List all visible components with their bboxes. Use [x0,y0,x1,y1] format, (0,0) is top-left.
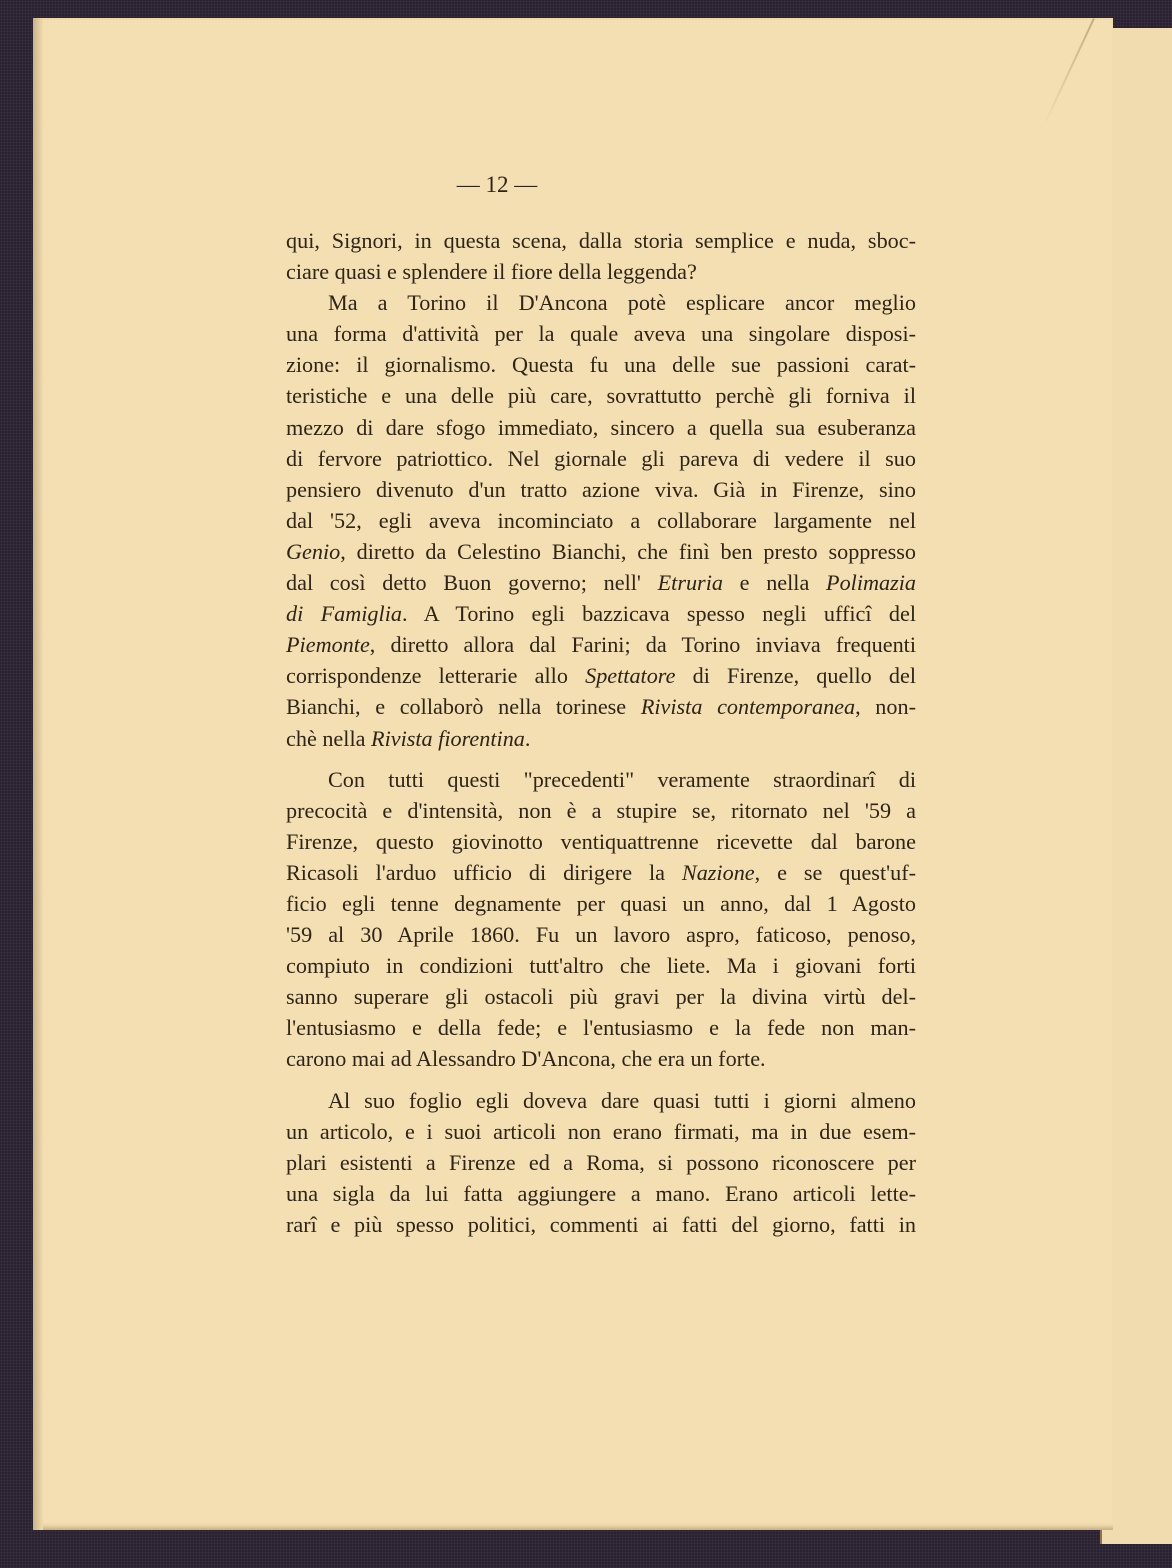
italic-title: Rivista fiorentina [371,726,525,751]
text-line: rarî e più spesso politici, commenti ai … [286,1209,916,1240]
text-line: Al suo foglio egli doveva dare quasi tut… [286,1085,916,1116]
text-line: sanno superare gli ostacoli più gravi pe… [286,981,916,1012]
italic-title: Genio [286,539,340,564]
paragraph-3: Con tutti questi "precedenti" veramente … [286,764,916,1075]
text-line: ficio egli tenne degnamente per quasi un… [286,888,916,919]
page-number: — 12 — [0,172,1083,198]
body-text: qui, Signori, in questa scena, dalla sto… [286,225,916,1240]
italic-title: Etruria [658,570,723,595]
text-line: dal così detto Buon governo; nell' Etrur… [286,567,916,598]
text-line: Ricasoli l'arduo ufficio di dirigere la … [286,857,916,888]
text-line: teristiche e una delle più care, sovratt… [286,380,916,411]
text-line: carono mai ad Alessandro D'Ancona, che e… [286,1043,916,1074]
italic-title: Spettatore [585,663,675,688]
text-line: qui, Signori, in questa scena, dalla sto… [286,225,916,256]
text-line: una forma d'attività per la quale aveva … [286,318,916,349]
paragraph-4: Al suo foglio egli doveva dare quasi tut… [286,1085,916,1240]
text-line: zione: il giornalismo. Questa fu una del… [286,349,916,380]
text-line: Piemonte, diretto allora dal Farini; da … [286,629,916,660]
italic-title: Rivista contemporanea [641,694,855,719]
text-line: ciare quasi e splendere il fiore della l… [286,256,916,287]
text-line: Con tutti questi "precedenti" veramente … [286,764,916,795]
text-line: Bianchi, e collaborò nella torinese Rivi… [286,691,916,722]
text-line: pensiero divenuto d'un tratto azione viv… [286,474,916,505]
text-line: chè nella Rivista fiorentina. [286,723,916,754]
text-line: dal '52, egli aveva incominciato a colla… [286,505,916,536]
text-line: di fervore patriottico. Nel giornale gli… [286,443,916,474]
paragraph-1: qui, Signori, in questa scena, dalla sto… [286,225,916,287]
text-line: corrispondenze letterarie allo Spettator… [286,660,916,691]
paragraph-2: Ma a Torino il D'Ancona potè esplicare a… [286,287,916,753]
text-line: mezzo di dare sfogo immediato, sincero a… [286,412,916,443]
text-line: Genio, diretto da Celestino Bianchi, che… [286,536,916,567]
italic-title: Polimazia [826,570,916,595]
paper-crease [1042,18,1095,128]
italic-title: di Famiglia [286,601,402,626]
text-line: precocità e d'intensità, non è a stupire… [286,795,916,826]
text-line: un articolo, e i suoi articoli non erano… [286,1116,916,1147]
text-line: una sigla da lui fatta aggiungere a mano… [286,1178,916,1209]
italic-title: Piemonte [286,632,370,657]
text-line: '59 al 30 Aprile 1860. Fu un lavoro aspr… [286,919,916,950]
text-line: di Famiglia. A Torino egli bazzicava spe… [286,598,916,629]
italic-title: Nazione [682,860,755,885]
text-line: Firenze, questo giovinotto ventiquattren… [286,826,916,857]
text-line: compiuto in condizioni tutt'altro che li… [286,950,916,981]
text-line: l'entusiasmo e della fede; e l'entusiasm… [286,1012,916,1043]
text-line: Ma a Torino il D'Ancona potè esplicare a… [286,287,916,318]
text-line: plari esistenti a Firenze ed a Roma, si … [286,1147,916,1178]
